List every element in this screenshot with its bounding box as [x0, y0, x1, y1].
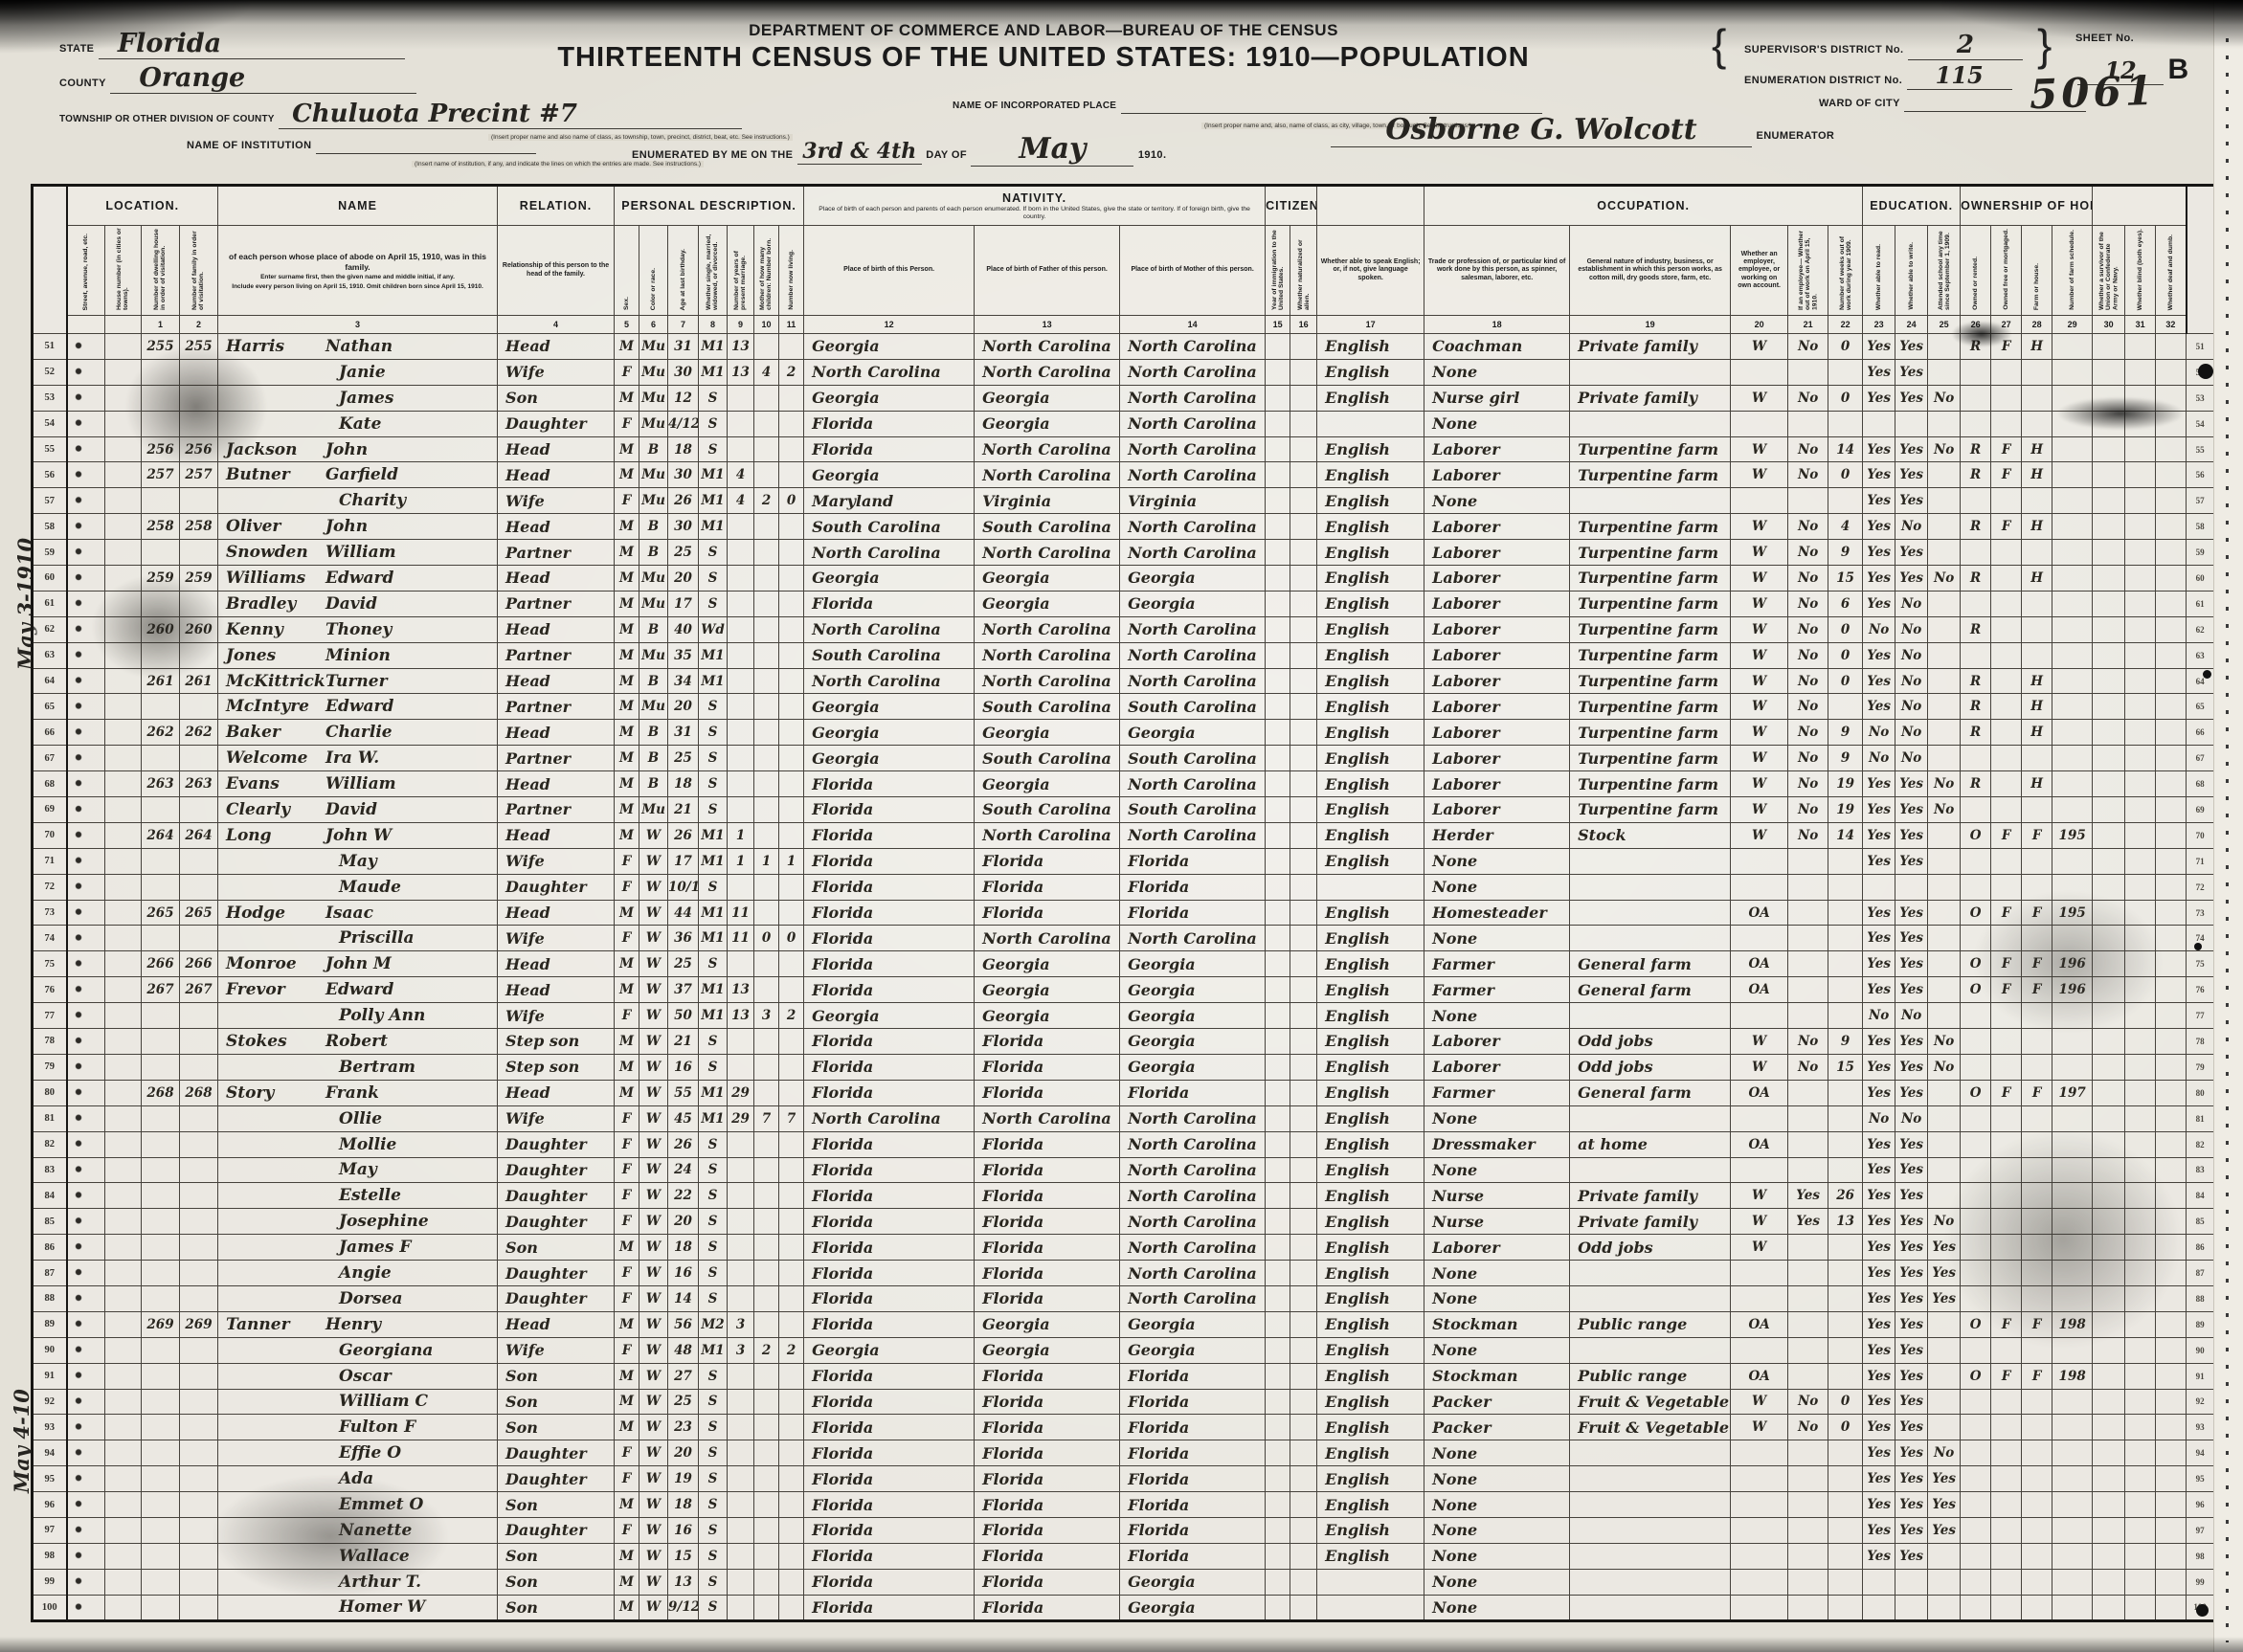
- cell-school: [1928, 1183, 1961, 1209]
- cell-english: English: [1317, 1183, 1424, 1209]
- cell-marital: M2: [699, 1311, 728, 1337]
- cell-immigration-year: [1266, 488, 1290, 514]
- cell-write: Yes: [1895, 848, 1928, 874]
- cell-weeks-out: 14: [1828, 436, 1863, 462]
- cell-dwelling: [142, 1440, 180, 1466]
- cell-english: English: [1317, 1029, 1424, 1055]
- line-number-right: 75: [2187, 951, 2215, 977]
- cell-out-of-work: [1788, 926, 1828, 951]
- column-number-father-birthplace: 13: [975, 316, 1120, 334]
- cell-weeks-out: [1828, 1492, 1863, 1518]
- cell-civil-war-survivor: [2093, 591, 2125, 616]
- cell-immigration-year: [1266, 1543, 1290, 1569]
- cell-home-free: [1991, 1543, 2022, 1569]
- cell-color: B: [639, 771, 668, 797]
- cell-blind: [2125, 1235, 2156, 1261]
- cell-farm-or-house: H: [2022, 771, 2052, 797]
- cell-home-free: [1991, 566, 2022, 592]
- line-number: 64: [33, 668, 67, 694]
- scan-edge-bottom: [0, 1637, 2243, 1652]
- cell-father-birthplace: Florida: [975, 1595, 1120, 1620]
- cell-street: [67, 1363, 105, 1389]
- cell-dwelling: [142, 1003, 180, 1029]
- cell-house: [105, 1183, 142, 1209]
- cell-blind: [2125, 436, 2156, 462]
- cell-naturalized: [1290, 1311, 1317, 1337]
- column-header-civil-war-survivor: Whether a survivor of the Union or Confe…: [2093, 226, 2125, 316]
- cell-children-living: 2: [779, 1337, 804, 1363]
- cell-read: Yes: [1863, 1389, 1895, 1415]
- cell-weeks-out: [1828, 874, 1863, 900]
- cell-color: Mu: [639, 462, 668, 488]
- cell-employer: [1731, 488, 1788, 514]
- cell-write: No: [1895, 616, 1928, 642]
- cell-school: Yes: [1928, 1492, 1961, 1518]
- cell-deaf: [2156, 1337, 2187, 1363]
- cell-civil-war-survivor: [2093, 926, 2125, 951]
- line-number: 96: [33, 1492, 67, 1518]
- cell-father-birthplace: Florida: [975, 874, 1120, 900]
- cell-home-owned: [1961, 1595, 1991, 1620]
- cell-write: Yes: [1895, 977, 1928, 1003]
- cell-read: Yes: [1863, 1543, 1895, 1569]
- cell-birthplace: Florida: [804, 900, 975, 926]
- cell-yrs-married: 13: [728, 359, 754, 385]
- cell-industry: Turpentine farm: [1570, 642, 1731, 668]
- cell-civil-war-survivor: [2093, 1029, 2125, 1055]
- cell-trade: Nurse girl: [1424, 385, 1570, 411]
- cell-children-living: [779, 1440, 804, 1466]
- cell-english: English: [1317, 566, 1424, 592]
- cell-school: Yes: [1928, 1466, 1961, 1492]
- cell-family: 268: [180, 1080, 218, 1105]
- cell-children-living: [779, 1569, 804, 1595]
- cell-name: Priscilla: [218, 926, 498, 951]
- cell-mother-birthplace: North Carolina: [1120, 1105, 1266, 1131]
- cell-family: 269: [180, 1311, 218, 1337]
- cell-father-birthplace: Florida: [975, 1517, 1120, 1543]
- cell-marital: S: [699, 694, 728, 720]
- cell-farm-schedule: [2052, 1235, 2093, 1261]
- cell-children-born: [754, 1209, 779, 1235]
- cell-color: W: [639, 1261, 668, 1286]
- column-header-farm-schedule: Number of farm schedule.: [2052, 226, 2093, 316]
- census-row-89: 89269269TannerHenryHeadMW56M23FloridaGeo…: [33, 1311, 2215, 1337]
- cell-age: 20: [668, 1440, 699, 1466]
- line-number: 74: [33, 926, 67, 951]
- cell-immigration-year: [1266, 1569, 1290, 1595]
- cell-children-born: [754, 822, 779, 848]
- cell-out-of-work: [1788, 848, 1828, 874]
- cell-civil-war-survivor: [2093, 1440, 2125, 1466]
- cell-home-owned: [1961, 1261, 1991, 1286]
- cell-house: [105, 514, 142, 540]
- cell-immigration-year: [1266, 1466, 1290, 1492]
- cell-father-birthplace: Florida: [975, 1543, 1120, 1569]
- cell-mother-birthplace: Georgia: [1120, 1595, 1266, 1620]
- cell-yrs-married: 3: [728, 1337, 754, 1363]
- cell-sex: M: [615, 1595, 639, 1620]
- cell-trade: Laborer: [1424, 462, 1570, 488]
- cell-sex: F: [615, 1157, 639, 1183]
- cell-family: 267: [180, 977, 218, 1003]
- cell-age: 9/12: [668, 1595, 699, 1620]
- cell-birthplace: Florida: [804, 822, 975, 848]
- cell-street: [67, 874, 105, 900]
- cell-blind: [2125, 1261, 2156, 1286]
- cell-sex: M: [615, 1311, 639, 1337]
- cell-industry: Turpentine farm: [1570, 591, 1731, 616]
- cell-home-free: F: [1991, 462, 2022, 488]
- cell-yrs-married: 3: [728, 1311, 754, 1337]
- cell-blind: [2125, 1389, 2156, 1415]
- cell-weeks-out: 0: [1828, 334, 1863, 360]
- cell-home-owned: [1961, 797, 1991, 823]
- cell-read: Yes: [1863, 797, 1895, 823]
- cell-out-of-work: Yes: [1788, 1183, 1828, 1209]
- cell-farm-schedule: 195: [2052, 822, 2093, 848]
- cell-street: [67, 848, 105, 874]
- cell-home-free: F: [1991, 977, 2022, 1003]
- cell-street: [67, 1157, 105, 1183]
- cell-children-living: [779, 1080, 804, 1105]
- cell-read: Yes: [1863, 488, 1895, 514]
- cell-out-of-work: [1788, 874, 1828, 900]
- cell-naturalized: [1290, 488, 1317, 514]
- cell-house: [105, 385, 142, 411]
- cell-write: Yes: [1895, 822, 1928, 848]
- cell-age: 25: [668, 1389, 699, 1415]
- cell-sex: M: [615, 797, 639, 823]
- cell-yrs-married: [728, 1235, 754, 1261]
- cell-industry: Turpentine farm: [1570, 566, 1731, 592]
- cell-street: [67, 566, 105, 592]
- cell-relation: Daughter: [498, 1131, 615, 1157]
- cell-marital: M1: [699, 1337, 728, 1363]
- cell-age: 45: [668, 1105, 699, 1131]
- cell-color: W: [639, 1569, 668, 1595]
- cell-dwelling: 263: [142, 771, 180, 797]
- cell-marital: S: [699, 1054, 728, 1080]
- cell-school: No: [1928, 771, 1961, 797]
- cell-color: W: [639, 1389, 668, 1415]
- census-row-65: 65McIntyreEdwardPartnerMMu20SGeorgiaSout…: [33, 694, 2215, 720]
- cell-civil-war-survivor: [2093, 1131, 2125, 1157]
- column-header-birthplace: Place of birth of this Person.: [804, 226, 975, 316]
- cell-civil-war-survivor: [2093, 1543, 2125, 1569]
- cell-immigration-year: [1266, 720, 1290, 746]
- cell-street: [67, 668, 105, 694]
- cell-immigration-year: [1266, 1337, 1290, 1363]
- cell-weeks-out: 15: [1828, 1054, 1863, 1080]
- cell-yrs-married: [728, 1492, 754, 1518]
- cell-relation: Daughter: [498, 874, 615, 900]
- cell-color: Mu: [639, 488, 668, 514]
- cell-relation: Partner: [498, 746, 615, 771]
- cell-relation: Daughter: [498, 1517, 615, 1543]
- cell-trade: None: [1424, 1517, 1570, 1543]
- cell-home-owned: [1961, 1131, 1991, 1157]
- cell-blind: [2125, 1105, 2156, 1131]
- cell-farm-schedule: 198: [2052, 1363, 2093, 1389]
- column-header-children-born: Mother of how many children: Number born…: [754, 226, 779, 316]
- line-number-header: [33, 186, 67, 334]
- cell-children-born: [754, 436, 779, 462]
- cell-farm-or-house: [2022, 848, 2052, 874]
- cell-farm-schedule: [2052, 797, 2093, 823]
- cell-color: Mu: [639, 411, 668, 436]
- cell-civil-war-survivor: [2093, 642, 2125, 668]
- cell-farm-or-house: H: [2022, 436, 2052, 462]
- cell-blind: [2125, 1415, 2156, 1440]
- cell-father-birthplace: Florida: [975, 1157, 1120, 1183]
- cell-naturalized: [1290, 1054, 1317, 1080]
- cell-name: May: [218, 848, 498, 874]
- cell-home-free: [1991, 616, 2022, 642]
- cell-home-free: [1991, 1440, 2022, 1466]
- cell-yrs-married: [728, 1209, 754, 1235]
- cell-marital: S: [699, 385, 728, 411]
- cell-marital: S: [699, 771, 728, 797]
- cell-family: [180, 488, 218, 514]
- cell-industry: General farm: [1570, 977, 1731, 1003]
- cell-dwelling: [142, 1543, 180, 1569]
- cell-industry: [1570, 1337, 1731, 1363]
- cell-english: [1317, 874, 1424, 900]
- cell-farm-schedule: [2052, 436, 2093, 462]
- line-number: 73: [33, 900, 67, 926]
- cell-color: W: [639, 1054, 668, 1080]
- cell-read: Yes: [1863, 436, 1895, 462]
- cell-home-owned: [1961, 1543, 1991, 1569]
- cell-children-living: [779, 411, 804, 436]
- cell-civil-war-survivor: [2093, 1595, 2125, 1620]
- cell-naturalized: [1290, 1569, 1317, 1595]
- cell-out-of-work: No: [1788, 1029, 1828, 1055]
- cell-english: English: [1317, 488, 1424, 514]
- cell-relation: Partner: [498, 591, 615, 616]
- cell-relation: Partner: [498, 694, 615, 720]
- cell-write: Yes: [1895, 1183, 1928, 1209]
- cell-children-living: [779, 1131, 804, 1157]
- cell-blind: [2125, 1209, 2156, 1235]
- cell-age: 19: [668, 1466, 699, 1492]
- cell-immigration-year: [1266, 591, 1290, 616]
- census-row-55: 55256256JacksonJohnHeadMB18SFloridaNorth…: [33, 436, 2215, 462]
- cell-english: [1317, 1569, 1424, 1595]
- cell-trade: None: [1424, 1569, 1570, 1595]
- cell-read: Yes: [1863, 1080, 1895, 1105]
- cell-children-born: [754, 1569, 779, 1595]
- column-header-house: House number (in cities or towns).: [105, 226, 142, 316]
- cell-family: 266: [180, 951, 218, 977]
- cell-industry: [1570, 488, 1731, 514]
- cell-out-of-work: [1788, 1311, 1828, 1337]
- cell-immigration-year: [1266, 1003, 1290, 1029]
- cell-farm-or-house: [2022, 1261, 2052, 1286]
- cell-children-born: [754, 1595, 779, 1620]
- cell-yrs-married: [728, 1595, 754, 1620]
- cell-blind: [2125, 1285, 2156, 1311]
- cell-industry: [1570, 1517, 1731, 1543]
- cell-age: 17: [668, 591, 699, 616]
- cell-sex: M: [615, 642, 639, 668]
- group-header-5: CITIZENSHIP.: [1266, 186, 1317, 226]
- cell-naturalized: [1290, 1157, 1317, 1183]
- cell-naturalized: [1290, 874, 1317, 900]
- cell-deaf: [2156, 822, 2187, 848]
- cell-street: [67, 462, 105, 488]
- cell-deaf: [2156, 977, 2187, 1003]
- cell-out-of-work: [1788, 1105, 1828, 1131]
- cell-color: Mu: [639, 334, 668, 360]
- cell-civil-war-survivor: [2093, 514, 2125, 540]
- census-row-53: 53JamesSonMMu12SGeorgiaGeorgiaNorth Caro…: [33, 385, 2215, 411]
- cell-family: 258: [180, 514, 218, 540]
- cell-children-born: [754, 771, 779, 797]
- cell-read: Yes: [1863, 591, 1895, 616]
- cell-industry: [1570, 1492, 1731, 1518]
- cell-sex: M: [615, 616, 639, 642]
- cell-weeks-out: [1828, 694, 1863, 720]
- cell-family: [180, 1517, 218, 1543]
- cell-street: [67, 977, 105, 1003]
- cell-mother-birthplace: North Carolina: [1120, 1261, 1266, 1286]
- cell-home-free: F: [1991, 334, 2022, 360]
- line-number-right: 51: [2187, 334, 2215, 360]
- cell-home-owned: R: [1961, 566, 1991, 592]
- cell-naturalized: [1290, 1389, 1317, 1415]
- line-number: 89: [33, 1311, 67, 1337]
- cell-immigration-year: [1266, 540, 1290, 566]
- cell-school: [1928, 822, 1961, 848]
- cell-farm-schedule: [2052, 1131, 2093, 1157]
- cell-trade: Laborer: [1424, 694, 1570, 720]
- line-number: 56: [33, 462, 67, 488]
- line-number-right: 73: [2187, 900, 2215, 926]
- cell-trade: None: [1424, 848, 1570, 874]
- cell-age: 31: [668, 334, 699, 360]
- cell-naturalized: [1290, 1183, 1317, 1209]
- cell-name: Wallace: [218, 1543, 498, 1569]
- cell-home-owned: [1961, 1569, 1991, 1595]
- cell-farm-or-house: F: [2022, 1363, 2052, 1389]
- cell-industry: Private family: [1570, 334, 1731, 360]
- cell-farm-schedule: [2052, 1209, 2093, 1235]
- cell-relation: Head: [498, 566, 615, 592]
- cell-employer: W: [1731, 642, 1788, 668]
- cell-home-owned: R: [1961, 436, 1991, 462]
- line-number: 62: [33, 616, 67, 642]
- cell-dwelling: [142, 1209, 180, 1235]
- cell-color: Mu: [639, 797, 668, 823]
- cell-sex: M: [615, 668, 639, 694]
- cell-children-living: 2: [779, 1003, 804, 1029]
- cell-deaf: [2156, 359, 2187, 385]
- cell-children-living: [779, 334, 804, 360]
- cell-trade: Nurse: [1424, 1209, 1570, 1235]
- township-label: TOWNSHIP OR OTHER DIVISION OF COUNTY: [59, 114, 275, 124]
- cell-employer: [1731, 1466, 1788, 1492]
- cell-school: [1928, 977, 1961, 1003]
- cell-naturalized: [1290, 385, 1317, 411]
- cell-read: Yes: [1863, 462, 1895, 488]
- cell-english: English: [1317, 540, 1424, 566]
- cell-family: [180, 848, 218, 874]
- cell-father-birthplace: Florida: [975, 1466, 1120, 1492]
- cell-immigration-year: [1266, 746, 1290, 771]
- cell-dwelling: 265: [142, 900, 180, 926]
- cell-birthplace: South Carolina: [804, 642, 975, 668]
- cell-family: [180, 591, 218, 616]
- cell-dwelling: 261: [142, 668, 180, 694]
- cell-name: James F: [218, 1235, 498, 1261]
- cell-industry: Stock: [1570, 822, 1731, 848]
- cell-blind: [2125, 1543, 2156, 1569]
- cell-write: Yes: [1895, 1285, 1928, 1311]
- column-number-house: [105, 316, 142, 334]
- cell-children-living: [779, 514, 804, 540]
- cell-yrs-married: 13: [728, 1003, 754, 1029]
- cell-dwelling: [142, 1569, 180, 1595]
- cell-immigration-year: [1266, 1492, 1290, 1518]
- cell-father-birthplace: South Carolina: [975, 694, 1120, 720]
- cell-house: [105, 436, 142, 462]
- cell-home-owned: [1961, 1003, 1991, 1029]
- cell-school: [1928, 1311, 1961, 1337]
- cell-birthplace: Georgia: [804, 720, 975, 746]
- cell-read: Yes: [1863, 900, 1895, 926]
- cell-school: Yes: [1928, 1285, 1961, 1311]
- cell-yrs-married: [728, 540, 754, 566]
- cell-deaf: [2156, 1569, 2187, 1595]
- cell-home-free: F: [1991, 1080, 2022, 1105]
- column-number-out-of-work: 21: [1788, 316, 1828, 334]
- cell-relation: Head: [498, 771, 615, 797]
- cell-street: [67, 1105, 105, 1131]
- cell-street: [67, 616, 105, 642]
- cell-yrs-married: [728, 874, 754, 900]
- cell-trade: None: [1424, 1003, 1570, 1029]
- cell-father-birthplace: North Carolina: [975, 642, 1120, 668]
- cell-civil-war-survivor: [2093, 1183, 2125, 1209]
- cell-school: Yes: [1928, 1517, 1961, 1543]
- cell-immigration-year: [1266, 977, 1290, 1003]
- cell-father-birthplace: Georgia: [975, 591, 1120, 616]
- cell-birthplace: North Carolina: [804, 359, 975, 385]
- cell-english: English: [1317, 616, 1424, 642]
- cell-street: [67, 694, 105, 720]
- cell-age: 40: [668, 616, 699, 642]
- cell-civil-war-survivor: [2093, 977, 2125, 1003]
- cell-sex: M: [615, 1054, 639, 1080]
- cell-out-of-work: [1788, 1595, 1828, 1620]
- cell-immigration-year: [1266, 514, 1290, 540]
- cell-farm-schedule: [2052, 1105, 2093, 1131]
- cell-color: W: [639, 1337, 668, 1363]
- cell-farm-schedule: [2052, 1389, 2093, 1415]
- cell-trade: None: [1424, 1105, 1570, 1131]
- cell-marital: M1: [699, 488, 728, 514]
- cell-read: Yes: [1863, 334, 1895, 360]
- cell-school: [1928, 900, 1961, 926]
- cell-deaf: [2156, 720, 2187, 746]
- census-row-87: 87AngieDaughterFW16SFloridaFloridaNorth …: [33, 1261, 2215, 1286]
- line-number-right: 59: [2187, 540, 2215, 566]
- cell-color: W: [639, 1492, 668, 1518]
- cell-street: [67, 1131, 105, 1157]
- column-number-weeks-out: 22: [1828, 316, 1863, 334]
